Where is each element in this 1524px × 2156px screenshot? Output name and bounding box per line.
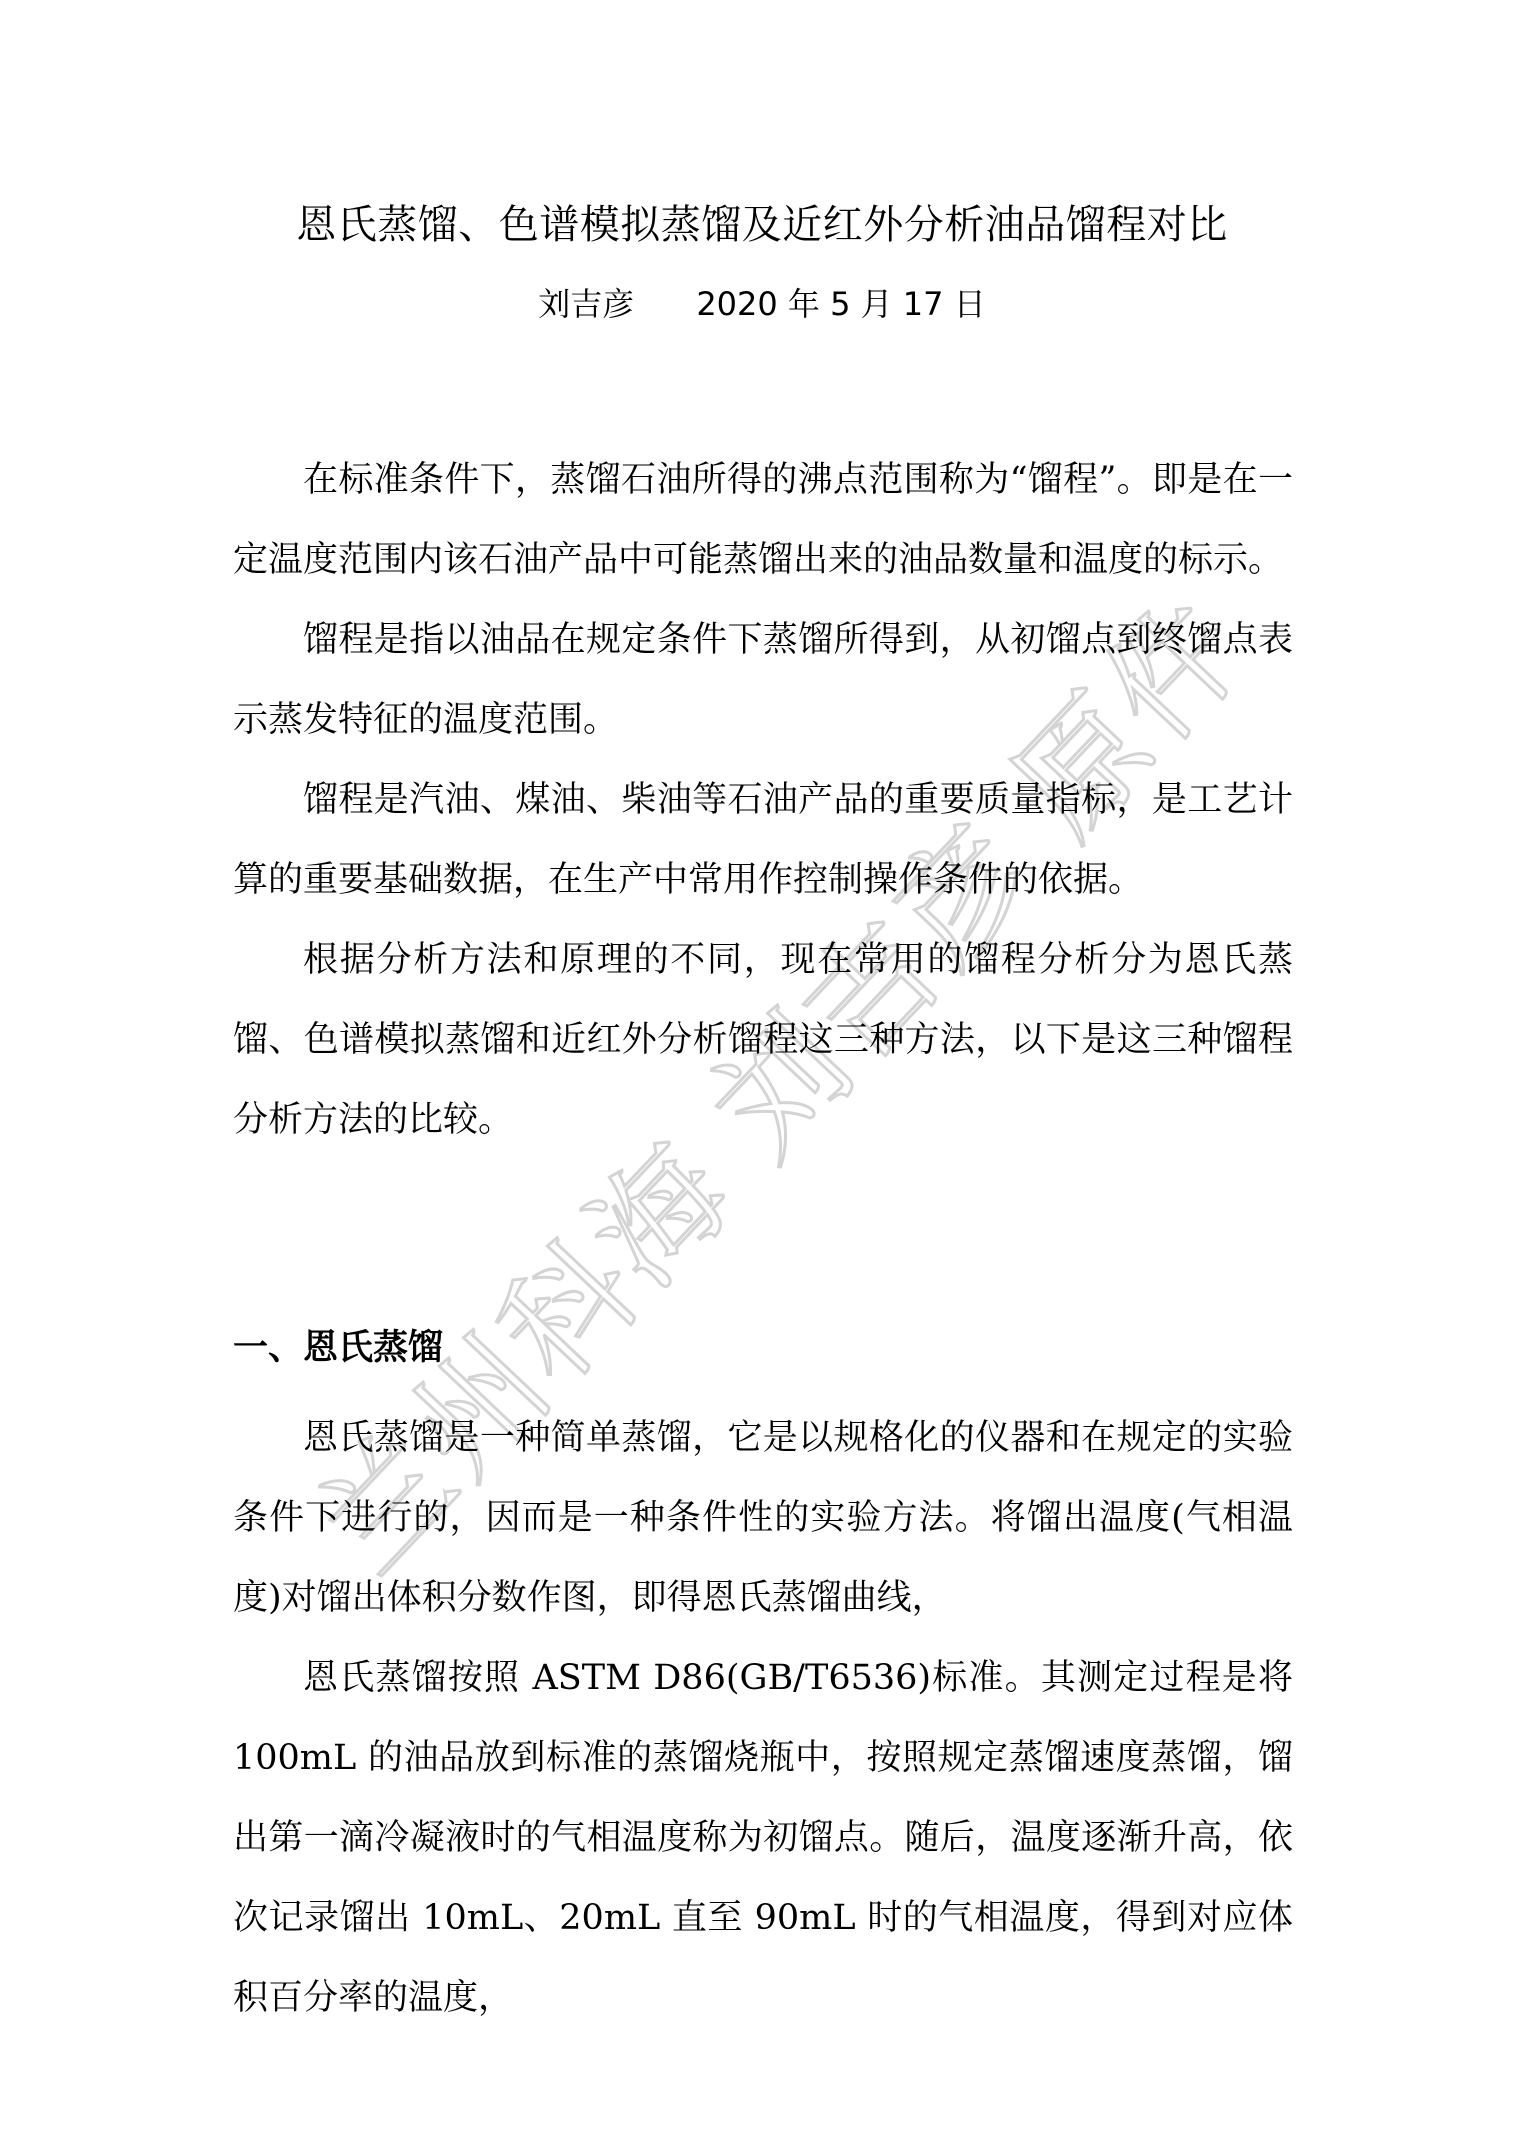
paragraph: 恩氏蒸馏按照 ASTM D86(GB/T6536)标准。其测定过程是将 100m… [233, 1638, 1293, 2038]
author-name: 刘吉彦 [538, 285, 634, 323]
section-heading: 一、恩氏蒸馏 [233, 1318, 443, 1378]
document-content: 恩氏蒸馏、色谱模拟蒸馏及近红外分析油品馏程对比 刘吉彦2020 年 5 月 17… [0, 0, 1524, 2156]
section-body: 恩氏蒸馏是一种简单蒸馏，它是以规格化的仪器和在规定的实验条件下进行的，因而是一种… [233, 1398, 1293, 2038]
paragraph: 恩氏蒸馏是一种简单蒸馏，它是以规格化的仪器和在规定的实验条件下进行的，因而是一种… [233, 1398, 1293, 1638]
document-page: 兰州科海 刘吉彦 原件 恩氏蒸馏、色谱模拟蒸馏及近红外分析油品馏程对比 刘吉彦2… [0, 0, 1524, 2156]
document-date: 2020 年 5 月 17 日 [696, 285, 985, 323]
byline: 刘吉彦2020 年 5 月 17 日 [0, 282, 1524, 326]
paragraph: 在标准条件下，蒸馏石油所得的沸点范围称为“馏程”。即是在一定温度范围内该石油产品… [233, 440, 1293, 600]
paragraph: 馏程是指以油品在规定条件下蒸馏所得到，从初馏点到终馏点表示蒸发特征的温度范围。 [233, 600, 1293, 760]
intro-section: 在标准条件下，蒸馏石油所得的沸点范围称为“馏程”。即是在一定温度范围内该石油产品… [233, 440, 1293, 1160]
document-title: 恩氏蒸馏、色谱模拟蒸馏及近红外分析油品馏程对比 [0, 200, 1524, 250]
paragraph: 根据分析方法和原理的不同，现在常用的馏程分析分为恩氏蒸馏、色谱模拟蒸馏和近红外分… [233, 920, 1293, 1160]
paragraph: 馏程是汽油、煤油、柴油等石油产品的重要质量指标，是工艺计算的重要基础数据，在生产… [233, 760, 1293, 920]
